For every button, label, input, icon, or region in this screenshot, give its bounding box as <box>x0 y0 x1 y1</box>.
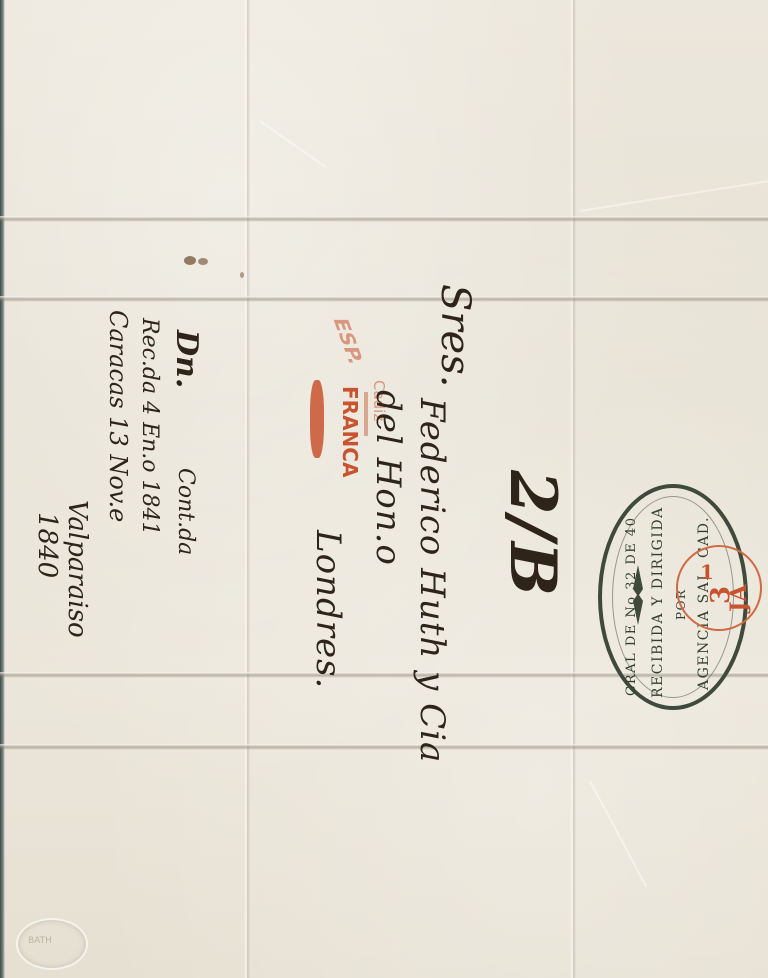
date-stamp-number: 1 <box>700 560 714 584</box>
embossed-watermark: BATH <box>16 918 88 970</box>
ink-stain <box>184 256 196 265</box>
ink-stain <box>240 272 244 278</box>
horizontal-fold-1 <box>0 216 768 222</box>
docket-line-3: Caracas 13 Nov.e <box>104 310 132 522</box>
franca-stamp: FRANCA <box>338 386 362 477</box>
horizontal-fold-2 <box>0 296 768 302</box>
cachet-received-text: RECIBIDA Y DIRIGIDA <box>650 506 666 698</box>
docket-signature: Dn. <box>169 330 204 388</box>
watermark-text: BATH <box>28 936 52 946</box>
vertical-fold-2 <box>570 0 576 978</box>
horizontal-fold-4 <box>0 744 768 750</box>
red-bar-mark <box>310 380 324 458</box>
date-stamp-month: JA <box>726 585 752 612</box>
docket-origin: Valparaiso <box>62 500 92 638</box>
docket-line-4: Rec.da 4 En.o 1841 <box>137 318 162 536</box>
rate-mark: 2/B <box>495 470 570 598</box>
ink-stain <box>198 258 208 265</box>
address-line-1: Federico Huth y Cia <box>412 398 452 763</box>
docket-line-5: Cont.da <box>173 468 198 555</box>
address-city: Londres. <box>308 530 348 689</box>
docket-year: 1840 <box>32 512 62 578</box>
scan-edge <box>0 0 5 978</box>
address-line-2: del Hon.o <box>368 390 408 566</box>
vertical-fold-1 <box>244 0 250 978</box>
address-salutation: Sres. <box>432 284 478 387</box>
